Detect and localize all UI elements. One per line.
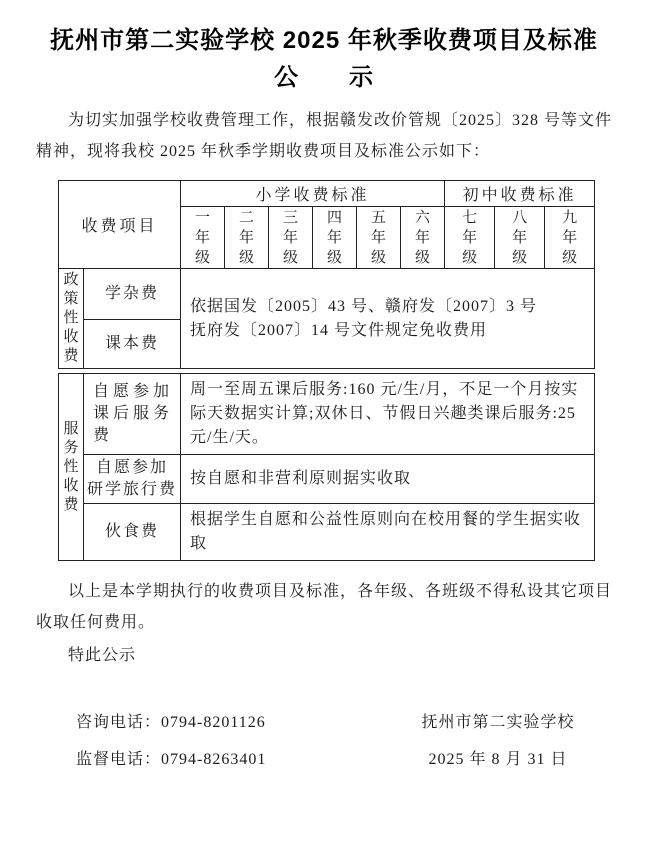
supervise-phone-line: 监督电话：0794-8263401 (76, 750, 266, 770)
notice-document: 抚州市第二实验学校 2025 年秋季收费项目及标准 公 示 为切实加强学校收费管… (0, 0, 649, 770)
grade-header-1: 一年级 (181, 207, 225, 269)
service-fee-row-1: 服务性收费 自愿参加 课后服务费 周一至周五课后服务:160 元/生/月，不足一… (59, 374, 595, 455)
study-trip-fee-cell: 自愿参加 研学旅行费 (84, 455, 181, 504)
grade-header-6: 六年级 (401, 207, 445, 269)
supervise-phone-number: 0794-8263401 (161, 751, 266, 768)
junior-school-group-header: 初中收费标准 (445, 181, 595, 207)
policy-fee-standard-cell: 依据国发〔2005〕43 号、赣府发〔2007〕3 号 抚府发〔2007〕14 … (181, 269, 595, 369)
consult-phone-number: 0794-8201126 (161, 714, 266, 731)
supervise-phone-label: 监督电话： (76, 751, 161, 768)
textbook-fee-cell: 课本费 (84, 319, 181, 368)
service-fee-category-cell: 服务性收费 (59, 374, 84, 561)
service-fee-row-3: 伙食费 根据学生自愿和公益性原则向在校用餐的学生据实收取 (59, 504, 595, 561)
signature-date: 2025 年 8 月 31 日 (406, 750, 590, 770)
grade-header-4: 四年级 (313, 207, 357, 269)
after-school-service-standard-cell: 周一至周五课后服务:160 元/生/月，不足一个月按实际天数据实计算;双休日、节… (181, 374, 595, 455)
contact-signature-block: 咨询电话：0794-8201126 抚州市第二实验学校 监督电话：0794-82… (36, 713, 612, 770)
document-title-line1: 抚州市第二实验学校 2025 年秋季收费项目及标准 (36, 26, 612, 56)
fee-table-wrapper: 收费项目 小学收费标准 初中收费标准 一年级 二年级 三年级 四年级 五年级 六… (58, 180, 594, 561)
meal-fee-cell: 伙食费 (84, 504, 181, 561)
grade-header-5: 五年级 (357, 207, 401, 269)
tuition-misc-fee-cell: 学杂费 (84, 269, 181, 320)
contact-row-2: 监督电话：0794-8263401 2025 年 8 月 31 日 (76, 750, 612, 770)
grade-header-9: 九年级 (545, 207, 595, 269)
fee-item-header: 收费项目 (59, 181, 181, 269)
contact-row-1: 咨询电话：0794-8201126 抚州市第二实验学校 (76, 713, 612, 733)
grade-header-3: 三年级 (269, 207, 313, 269)
after-school-service-fee-cell: 自愿参加 课后服务费 (84, 374, 181, 455)
closing-paragraph: 以上是本学期执行的收费项目及标准，各年级、各班级不得私设其它项目收取任何费用。 (36, 576, 612, 638)
grade-header-8: 八年级 (495, 207, 545, 269)
intro-paragraph: 为切实加强学校收费管理工作，根据赣发改价管规〔2025〕328 号等文件精神，现… (36, 105, 612, 167)
document-title-line2: 公 示 (36, 63, 612, 93)
policy-fee-row-1: 政策性收费 学杂费 依据国发〔2005〕43 号、赣府发〔2007〕3 号 抚府… (59, 269, 595, 320)
meal-fee-standard-cell: 根据学生自愿和公益性原则向在校用餐的学生据实收取 (181, 504, 595, 561)
fee-table-bottom: 服务性收费 自愿参加 课后服务费 周一至周五课后服务:160 元/生/月，不足一… (58, 373, 595, 561)
primary-school-group-header: 小学收费标准 (181, 181, 445, 207)
hereby-announcement: 特此公示 (36, 640, 612, 671)
school-name-signature: 抚州市第二实验学校 (406, 713, 590, 733)
policy-fee-category-label: 政策性收费 (62, 271, 79, 366)
study-trip-standard-cell: 按自愿和非营利原则据实收取 (181, 455, 595, 504)
service-fee-category-label: 服务性收费 (62, 420, 79, 515)
table-group-header-row: 收费项目 小学收费标准 初中收费标准 (59, 181, 595, 207)
service-fee-row-2: 自愿参加 研学旅行费 按自愿和非营利原则据实收取 (59, 455, 595, 504)
grade-header-7: 七年级 (445, 207, 495, 269)
policy-fee-category-cell: 政策性收费 (59, 269, 84, 369)
consult-phone-line: 咨询电话：0794-8201126 (76, 713, 266, 733)
grade-header-2: 二年级 (225, 207, 269, 269)
fee-table-top: 收费项目 小学收费标准 初中收费标准 一年级 二年级 三年级 四年级 五年级 六… (58, 180, 595, 369)
consult-phone-label: 咨询电话： (76, 714, 161, 731)
